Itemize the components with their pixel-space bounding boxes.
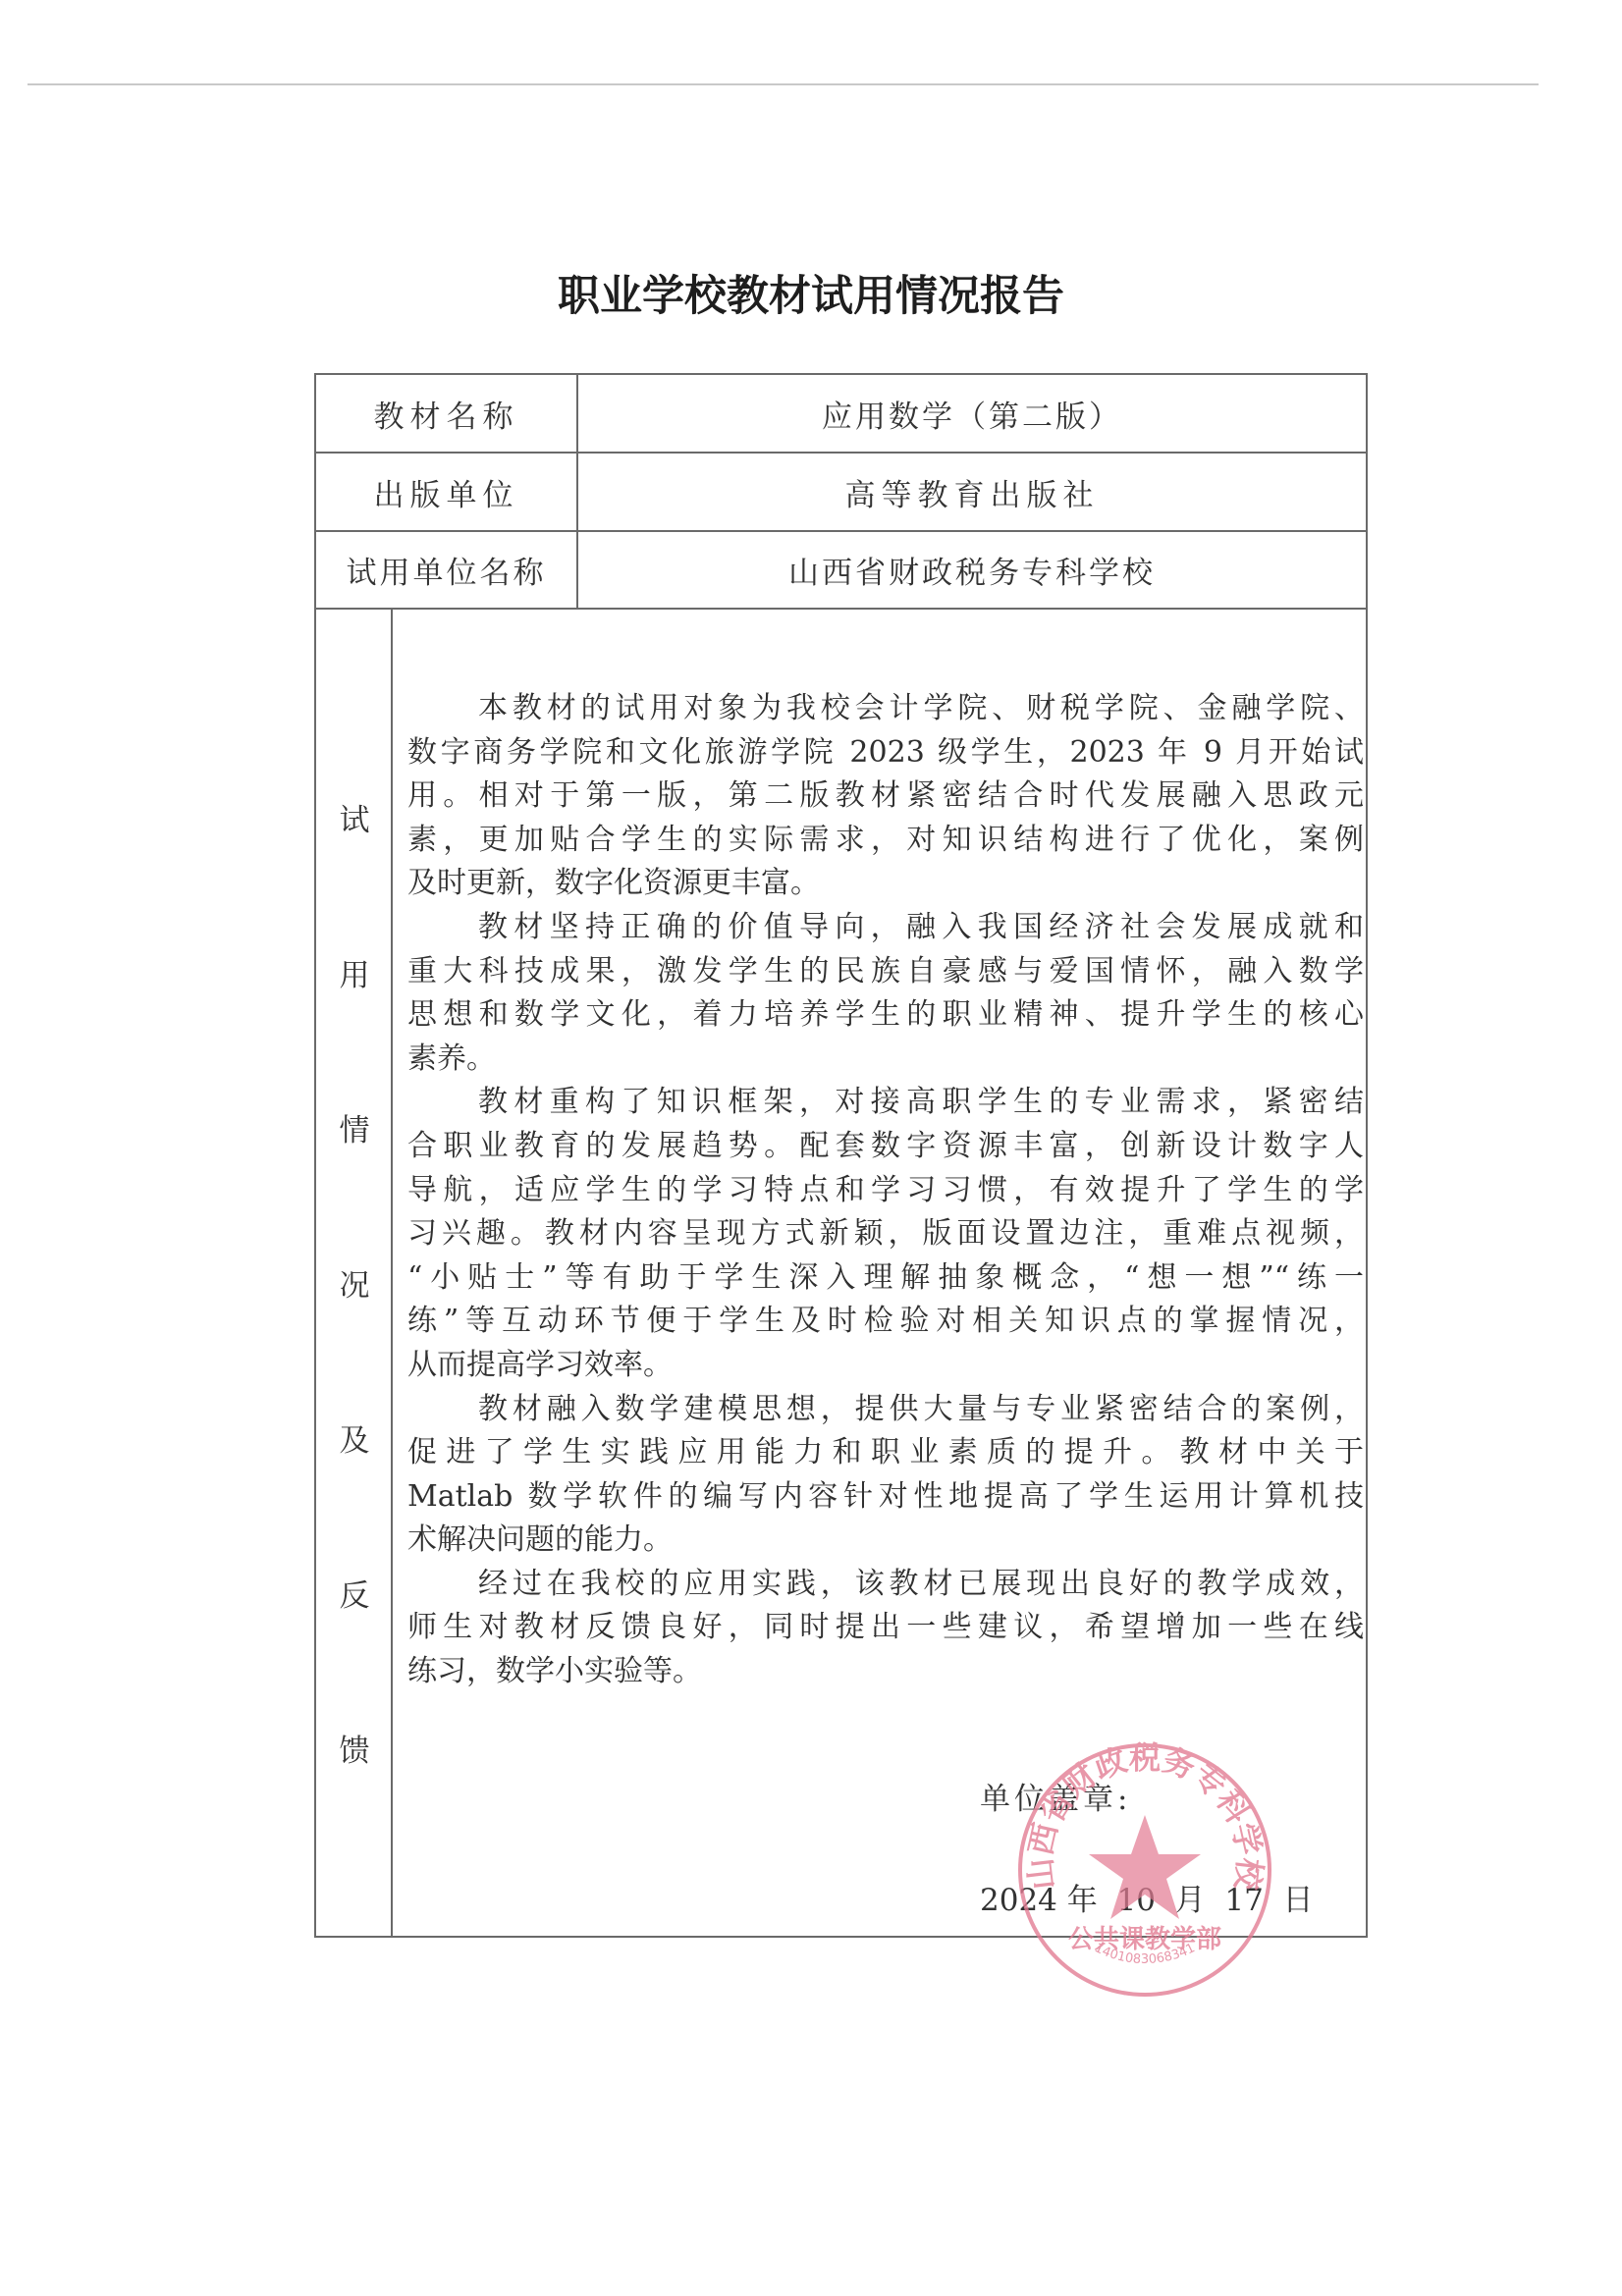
text-line: 用。相对于第一版，第二版教材紧密结合时代发展融入思政元: [407, 774, 1364, 819]
page-title: 职业学校教材试用情况报告: [0, 263, 1622, 323]
paragraph-1: 本教材的试用对象为我校会计学院、财税学院、金融学院、 数字商务学院和文化旅游学院…: [407, 687, 1364, 906]
text-line: 教材融入数学建模思想，提供大量与专业紧密结合的案例，: [407, 1388, 1364, 1432]
text-line: 本教材的试用对象为我校会计学院、财税学院、金融学院、: [407, 687, 1364, 731]
text-line: 练习，数学小实验等。: [407, 1650, 1364, 1694]
text-line: 习兴趣。教材内容呈现方式新颖，版面设置边注，重难点视频，: [407, 1212, 1364, 1256]
text-line: 数字商务学院和文化旅游学院 2023 级学生，2023 年 9 月开始试: [407, 731, 1364, 775]
text-line: 术解决问题的能力。: [407, 1519, 1364, 1563]
text-line: 思想和数学文化，着力培养学生的职业精神、提升学生的核心: [407, 993, 1364, 1038]
date-day-unit: 日: [1283, 1883, 1314, 1918]
page-top-rule: [27, 83, 1539, 85]
text-line: 促进了学生实践应用能力和职业素质的提升。教材中关于: [407, 1431, 1364, 1475]
text-line: 素养。: [407, 1038, 1364, 1082]
text-line: “小贴士”等有助于学生深入理解抽象概念，“想一想”“练一: [407, 1256, 1364, 1301]
text-line: 合职业教育的发展趋势。配套数字资源丰富，创新设计数字人: [407, 1125, 1364, 1169]
text-line: Matlab 数学软件的编写内容针对性地提高了学生运用计算机技: [407, 1475, 1364, 1520]
publisher-label: 出版单位: [316, 454, 576, 530]
feedback-label-char: 反: [316, 1571, 393, 1615]
text-line: 教材坚持正确的价值导向，融入我国经济社会发展成就和: [407, 906, 1364, 950]
publisher-value: 高等教育出版社: [578, 454, 1366, 530]
row-divider: [316, 608, 1366, 610]
text-line: 师生对教材反馈良好，同时提出一些建议，希望增加一些在线: [407, 1606, 1364, 1650]
text-line: 经过在我校的应用实践，该教材已展现出良好的教学成效，: [407, 1563, 1364, 1607]
feedback-label-char: 及: [316, 1415, 393, 1460]
textbook-name-value: 应用数学（第二版）: [578, 375, 1366, 452]
star-icon: [1089, 1815, 1201, 1919]
report-table: 教材名称 应用数学（第二版） 出版单位 高等教育出版社 试用单位名称 山西省财政…: [314, 373, 1368, 1938]
feedback-body: 本教材的试用对象为我校会计学院、财税学院、金融学院、 数字商务学院和文化旅游学院…: [407, 687, 1364, 1694]
text-line: 从而提高学习效率。: [407, 1344, 1364, 1388]
feedback-label-char: 试: [316, 795, 393, 839]
text-line: 及时更新，数字化资源更丰富。: [407, 862, 1364, 906]
feedback-label-char: 用: [316, 950, 393, 994]
text-line: 练”等互动环节便于学生及时检验对相关知识点的掌握情况，: [407, 1300, 1364, 1344]
official-seal-stamp: 山西省财政税务专科学校 公共课教学部 1401083068341: [1016, 1741, 1273, 1999]
seal-bottom-text: 公共课教学部: [1068, 1925, 1221, 1954]
feedback-label-char: 况: [316, 1260, 393, 1305]
trial-unit-value: 山西省财政税务专科学校: [578, 532, 1366, 608]
paragraph-2: 教材坚持正确的价值导向，融入我国经济社会发展成就和 重大科技成果，激发学生的民族…: [407, 906, 1364, 1081]
text-line: 教材重构了知识框架，对接高职学生的专业需求，紧密结: [407, 1081, 1364, 1125]
text-line: 素，更加贴合学生的实际需求，对知识结构进行了优化，案例: [407, 819, 1364, 863]
paragraph-5: 经过在我校的应用实践，该教材已展现出良好的教学成效， 师生对教材反馈良好，同时提…: [407, 1563, 1364, 1694]
paragraph-4: 教材融入数学建模思想，提供大量与专业紧密结合的案例， 促进了学生实践应用能力和职…: [407, 1388, 1364, 1563]
feedback-label-char: 情: [316, 1105, 393, 1149]
text-line: 重大科技成果，激发学生的民族自豪感与爱国情怀，融入数学: [407, 950, 1364, 994]
feedback-label-char: 馈: [316, 1726, 393, 1770]
text-line: 导航，适应学生的学习特点和学习习惯，有效提升了学生的学: [407, 1169, 1364, 1213]
textbook-name-label: 教材名称: [316, 375, 576, 452]
paragraph-3: 教材重构了知识框架，对接高职学生的专业需求，紧密结 合职业教育的发展趋势。配套数…: [407, 1081, 1364, 1387]
trial-unit-label: 试用单位名称: [316, 532, 576, 608]
